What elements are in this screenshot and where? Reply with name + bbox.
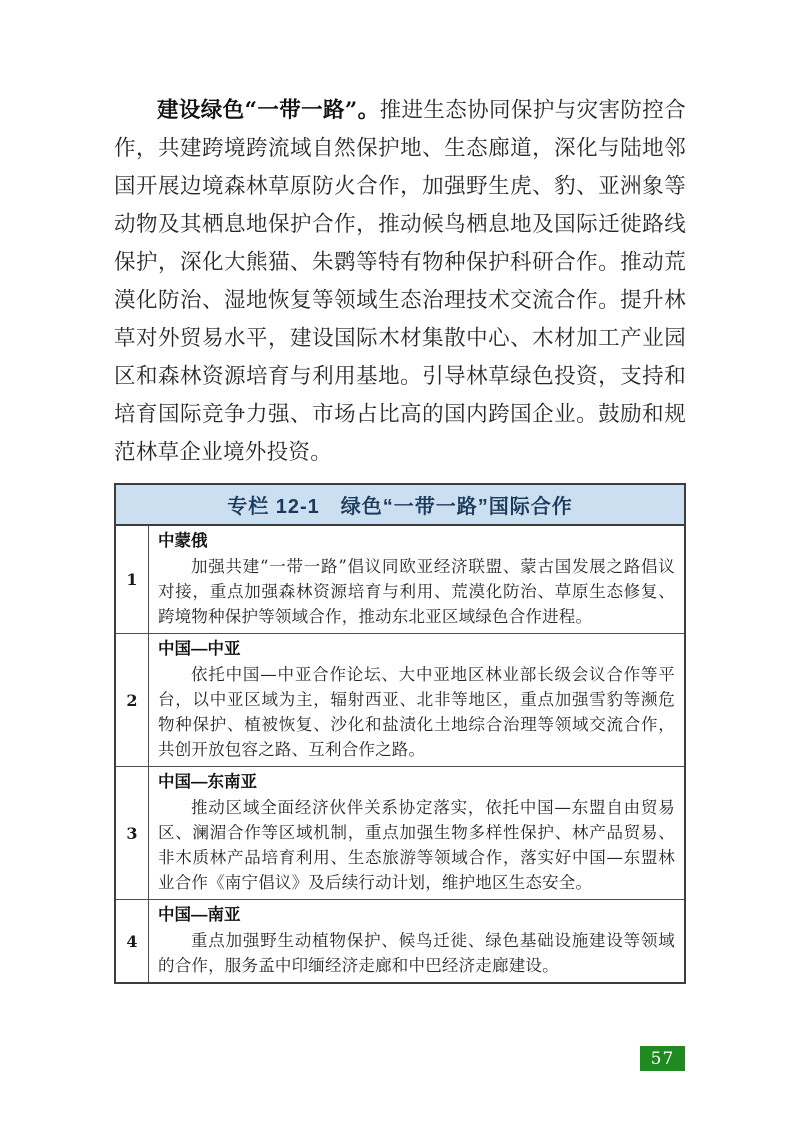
panel-row-1: 1 中蒙俄 加强共建“一带一路”倡议同欧亚经济联盟、蒙古国发展之路倡议对接，重点… [116,526,684,633]
row-title: 中蒙俄 [158,529,675,554]
row-body: 加强共建“一带一路”倡议同欧亚经济联盟、蒙古国发展之路倡议对接，重点加强森林资源… [158,554,675,629]
panel-row-4: 4 中国—南亚 重点加强野生动植物保护、候鸟迁徙、绿色基础设施建设等领域的合作，… [116,899,684,982]
row-content: 中国—南亚 重点加强野生动植物保护、候鸟迁徙、绿色基础设施建设等领域的合作，服务… [149,900,684,982]
row-content: 中国—东南亚 推动区域全面经济伙伴关系协定落实，依托中国—东盟自由贸易区、澜湄合… [149,767,684,899]
row-content: 中蒙俄 加强共建“一带一路”倡议同欧亚经济联盟、蒙古国发展之路倡议对接，重点加强… [149,526,684,633]
row-number: 2 [116,634,149,766]
row-title: 中国—东南亚 [158,770,675,795]
row-title: 中国—南亚 [158,903,675,928]
document-page: 建设绿色“一带一路”。推进生态协同保护与灾害防控合作，共建跨境跨流域自然保护地、… [0,0,800,1131]
paragraph-lead: 建设绿色“一带一路”。 [157,98,380,123]
panel-title: 专栏 12-1 绿色“一带一路”国际合作 [116,485,684,526]
panel-row-3: 3 中国—东南亚 推动区域全面经济伙伴关系协定落实，依托中国—东盟自由贸易区、澜… [116,766,684,899]
panel-box-12-1: 专栏 12-1 绿色“一带一路”国际合作 1 中蒙俄 加强共建“一带一路”倡议同… [114,483,686,984]
row-number: 1 [116,526,149,633]
row-content: 中国—中亚 依托中国—中亚合作论坛、大中亚地区林业部长级会议合作等平台，以中亚区… [149,634,684,766]
body-paragraph: 建设绿色“一带一路”。推进生态协同保护与灾害防控合作，共建跨境跨流域自然保护地、… [114,92,686,472]
row-number: 3 [116,767,149,899]
row-title: 中国—中亚 [158,637,675,662]
page-number-badge: 57 [640,1046,685,1071]
row-body: 推动区域全面经济伙伴关系协定落实，依托中国—东盟自由贸易区、澜湄合作等区域机制，… [158,795,675,895]
row-body: 重点加强野生动植物保护、候鸟迁徙、绿色基础设施建设等领域的合作，服务孟中印缅经济… [158,928,675,978]
panel-row-2: 2 中国—中亚 依托中国—中亚合作论坛、大中亚地区林业部长级会议合作等平台，以中… [116,633,684,766]
paragraph-body: 推进生态协同保护与灾害防控合作，共建跨境跨流域自然保护地、生态廊道，深化与陆地邻… [114,98,686,465]
row-body: 依托中国—中亚合作论坛、大中亚地区林业部长级会议合作等平台，以中亚区域为主，辐射… [158,662,675,762]
row-number: 4 [116,900,149,982]
